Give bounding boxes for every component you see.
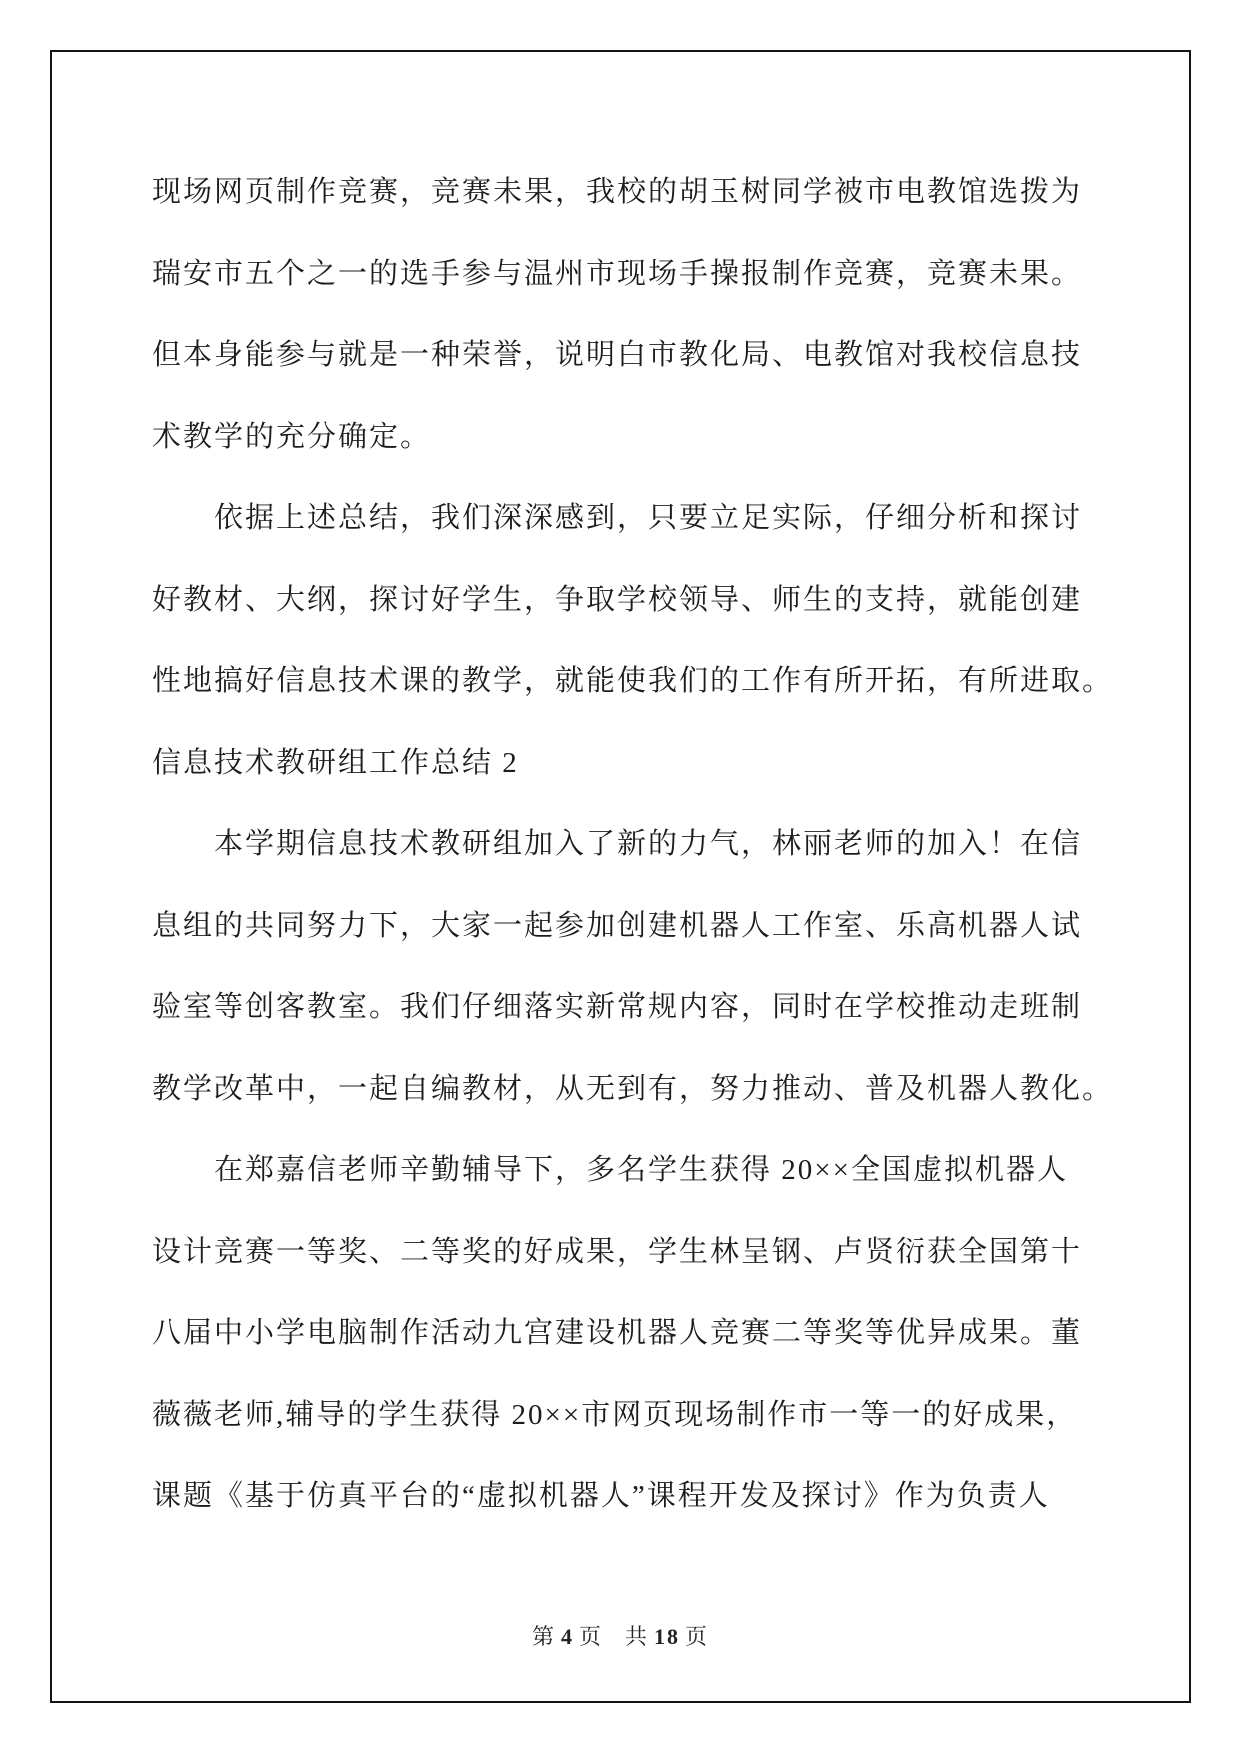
document-page: 现场网页制作竞赛，竞赛未果，我校的胡玉树同学被市电教馆选拨为瑞安市五个之一的选手… bbox=[0, 0, 1241, 1754]
footer-page-prefix: 第 bbox=[532, 1624, 556, 1649]
text-line: 好教材、大纲，探讨好学生，争取学校领导、师生的支持，就能创建 bbox=[152, 560, 1092, 642]
text-line: 瑞安市五个之一的选手参与温州市现场手操报制作竞赛，竞赛未果。 bbox=[152, 234, 1092, 316]
page-footer: 第4页共18页 bbox=[0, 1620, 1241, 1651]
section-heading: 信息技术教研组工作总结 2 bbox=[152, 723, 1092, 805]
text-line: 教学改革中，一起自编教材，从无到有，努力推动、普及机器人教化。 bbox=[152, 1049, 1092, 1131]
text-line: 现场网页制作竞赛，竞赛未果，我校的胡玉树同学被市电教馆选拨为 bbox=[152, 152, 1092, 234]
document-body: 现场网页制作竞赛，竞赛未果，我校的胡玉树同学被市电教馆选拨为瑞安市五个之一的选手… bbox=[152, 152, 1092, 1538]
text-line: 性地搞好信息技术课的教学，就能使我们的工作有所开拓，有所进取。 bbox=[152, 641, 1092, 723]
text-line: 本学期信息技术教研组加入了新的力气，林丽老师的加入！在信 bbox=[152, 804, 1092, 886]
footer-total-prefix: 共 bbox=[625, 1624, 649, 1649]
text-line: 术教学的充分确定。 bbox=[152, 397, 1092, 479]
text-line: 但本身能参与就是一种荣誉，说明白市教化局、电教馆对我校信息技 bbox=[152, 315, 1092, 397]
text-line: 在郑嘉信老师辛勤辅导下，多名学生获得 20××全国虚拟机器人 bbox=[152, 1130, 1092, 1212]
text-line: 设计竞赛一等奖、二等奖的好成果，学生林呈钢、卢贤衍获全国第十 bbox=[152, 1212, 1092, 1294]
text-line: 八届中小学电脑制作活动九宫建设机器人竞赛二等奖等优异成果。董 bbox=[152, 1293, 1092, 1375]
footer-page-suffix: 页 bbox=[579, 1624, 603, 1649]
text-line: 课题《基于仿真平台的“虚拟机器人”课程开发及探讨》作为负责人 bbox=[152, 1456, 1092, 1538]
total-pages: 18 bbox=[654, 1624, 680, 1649]
text-line: 依据上述总结，我们深深感到，只要立足实际，仔细分析和探讨 bbox=[152, 478, 1092, 560]
page-number: 4 bbox=[561, 1624, 574, 1649]
footer-total-suffix: 页 bbox=[685, 1624, 709, 1649]
text-line: 验室等创客教室。我们仔细落实新常规内容，同时在学校推动走班制 bbox=[152, 967, 1092, 1049]
text-line: 息组的共同努力下，大家一起参加创建机器人工作室、乐高机器人试 bbox=[152, 886, 1092, 968]
text-line: 薇薇老师,辅导的学生获得 20××市网页现场制作市一等一的好成果， bbox=[152, 1375, 1092, 1457]
